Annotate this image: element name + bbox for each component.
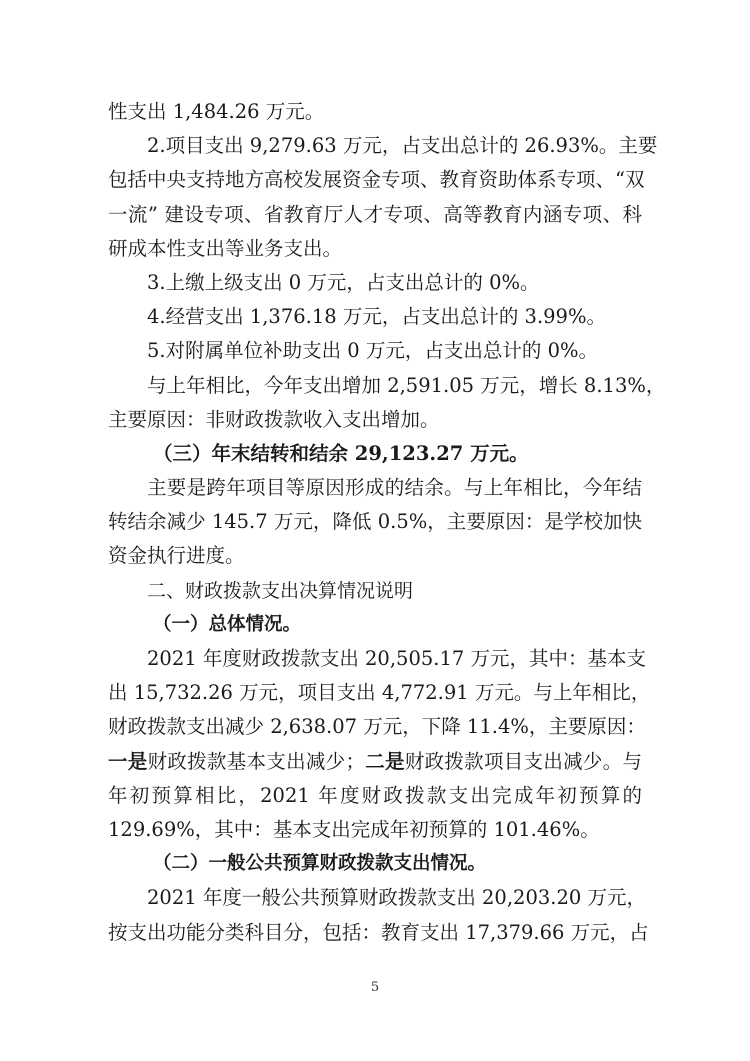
paragraph-line: 包括中央支持地方高校发展资金专项、教育资助体系专项、“双 (108, 163, 642, 197)
paragraph-line: 财政拨款支出减少 2,638.07 万元，下降 11.4%，主要原因： (108, 710, 642, 744)
paragraph-line: 4.经营支出 1,376.18 万元，占支出总计的 3.99%。 (108, 300, 642, 334)
paragraph-line: 2.项目支出 9,279.63 万元，占支出总计的 26.93%。主要 (108, 129, 642, 163)
paragraph-line: 按支出功能分类科目分，包括：教育支出 17,379.66 万元，占 (108, 916, 642, 950)
section-heading-3: （三）年末结转和结余 29,123.27 万元。 (108, 437, 642, 471)
page-number: 5 (0, 980, 750, 995)
text-run: 财政拨款基本支出减少； (148, 750, 365, 773)
paragraph-line: 5.对附属单位补助支出 0 万元，占支出总计的 0%。 (108, 334, 642, 368)
paragraph-line: 年初预算相比，2021 年度财政拨款支出完成年初预算的 (108, 779, 642, 813)
paragraph-line: 129.69%，其中：基本支出完成年初预算的 101.46%。 (108, 813, 642, 847)
paragraph-line: 一是财政拨款基本支出减少；二是财政拨款项目支出减少。与 (108, 745, 642, 779)
bold-phrase: 二是 (365, 750, 405, 773)
section-heading-2: 二、财政拨款支出决算情况说明 (108, 574, 642, 608)
paragraph-line: 与上年相比，今年支出增加 2,591.05 万元，增长 8.13%， (108, 369, 642, 403)
subsection-heading-2: （二）一般公共预算财政拨款支出情况。 (108, 847, 642, 881)
paragraph-line: 资金执行进度。 (108, 539, 642, 573)
paragraph-line: 2021 年度一般公共预算财政拨款支出 20,203.20 万元， (108, 881, 642, 915)
paragraph-line: 主要原因：非财政拨款收入支出增加。 (108, 403, 642, 437)
subsection-heading-1: （一）总体情况。 (108, 608, 642, 642)
paragraph-line: 2021 年度财政拨款支出 20,505.17 万元，其中：基本支 (108, 642, 642, 676)
document-page: 性支出 1,484.26 万元。 2.项目支出 9,279.63 万元，占支出总… (0, 0, 750, 1061)
paragraph-line: 主要是跨年项目等原因形成的结余。与上年相比，今年结 (108, 471, 642, 505)
bold-phrase: 一是 (108, 750, 148, 773)
paragraph-line: 研成本性支出等业务支出。 (108, 232, 642, 266)
paragraph-line: 3.上缴上级支出 0 万元，占支出总计的 0%。 (108, 266, 642, 300)
body-text: 性支出 1,484.26 万元。 2.项目支出 9,279.63 万元，占支出总… (108, 95, 642, 950)
paragraph-line: 一流” 建设专项、省教育厅人才专项、高等教育内涵专项、科 (108, 198, 642, 232)
paragraph-line: 性支出 1,484.26 万元。 (108, 95, 642, 129)
paragraph-line: 转结余减少 145.7 万元，降低 0.5%，主要原因：是学校加快 (108, 505, 642, 539)
text-run: 财政拨款项目支出减少。与 (405, 750, 642, 773)
paragraph-line: 出 15,732.26 万元，项目支出 4,772.91 万元。与上年相比， (108, 676, 642, 710)
